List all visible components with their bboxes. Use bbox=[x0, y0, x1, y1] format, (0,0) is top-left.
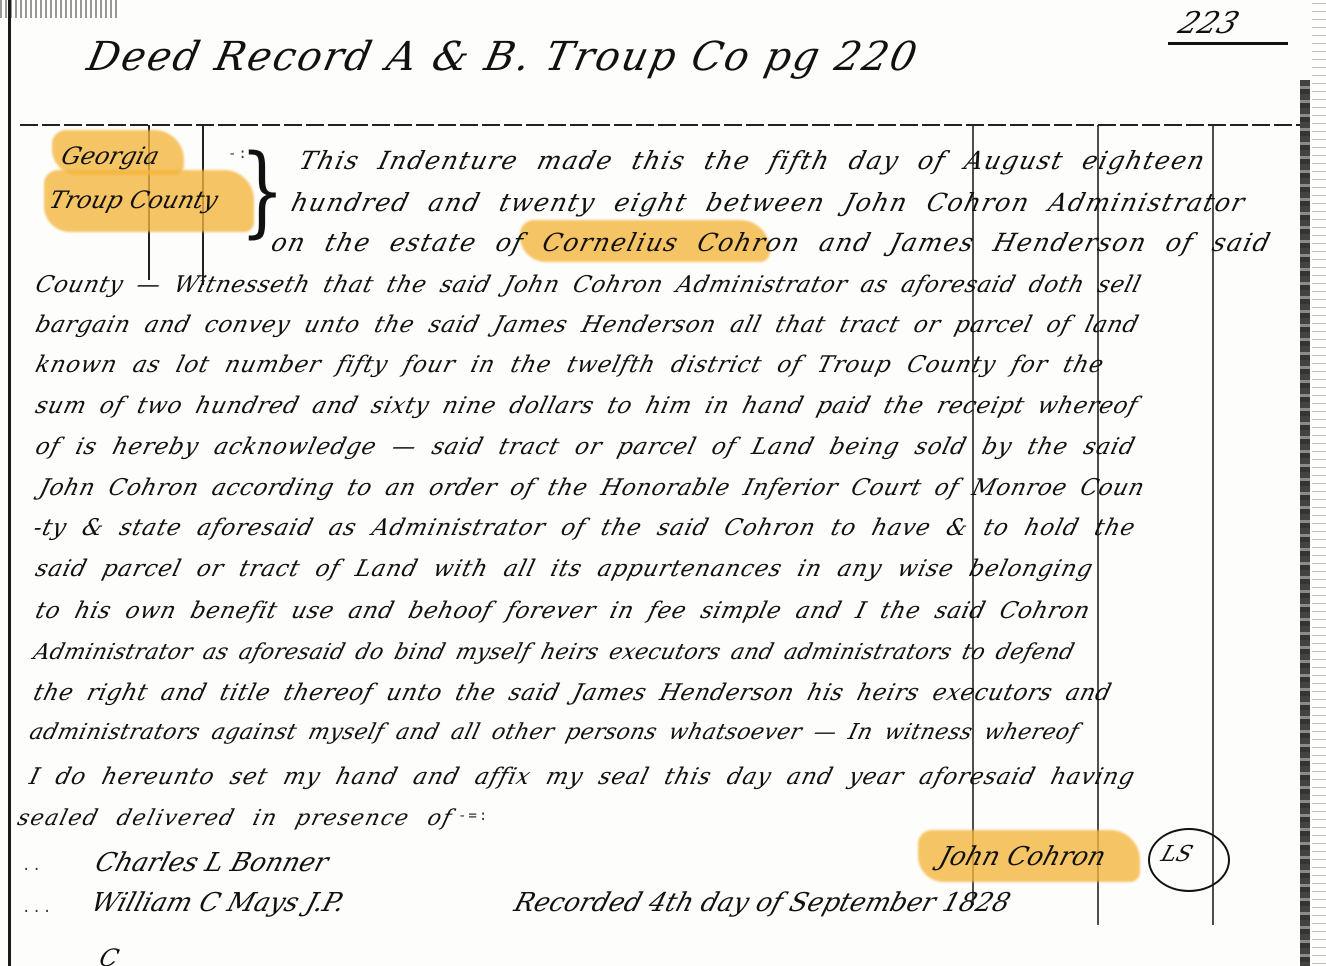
body-line: I do hereunto set my hand and affix my s… bbox=[27, 764, 1138, 790]
page-number-underline bbox=[1168, 42, 1288, 45]
body-line: said parcel or tract of Land with all it… bbox=[33, 556, 1096, 582]
body-line: This Indenture made this the fifth day o… bbox=[296, 146, 1209, 175]
partial-next-line: C bbox=[97, 944, 122, 966]
scan-noise bbox=[0, 0, 120, 18]
ledger-marks: -: bbox=[228, 146, 249, 162]
body-line: the right and title thereof unto the sai… bbox=[31, 680, 1115, 706]
margin-state: Georgia bbox=[58, 142, 162, 170]
body-line: sealed delivered in presence of bbox=[15, 806, 456, 831]
body-line: hundred and twenty eight between John Co… bbox=[288, 188, 1249, 217]
witness-name: William C Mays J.P. bbox=[88, 888, 348, 918]
body-line: on the estate of Cornelius Cohron and Ja… bbox=[268, 228, 1274, 257]
margin-county: Troup County bbox=[46, 186, 221, 214]
page-edge bbox=[1312, 0, 1326, 966]
ledger-marks: .. bbox=[22, 858, 43, 874]
body-line: sum of two hundred and sixty nine dollar… bbox=[33, 393, 1141, 419]
body-line: County — Witnesseth that the said John C… bbox=[33, 272, 1144, 298]
body-line: of is hereby acknowledge — said tract or… bbox=[33, 434, 1138, 460]
body-line: bargain and convey unto the said James H… bbox=[33, 312, 1142, 338]
page-number: 223 bbox=[1174, 6, 1244, 41]
body-line: known as lot number fifty four in the tw… bbox=[33, 352, 1107, 378]
witness-name: Charles L Bonner bbox=[92, 848, 332, 878]
left-page-border bbox=[8, 0, 11, 966]
grantor-signature: John Cohron bbox=[936, 842, 1110, 872]
deed-page: Deed Record A & B. Troup Co pg 220 223 G… bbox=[0, 0, 1326, 966]
body-line: -ty & state aforesaid as Administrator o… bbox=[31, 515, 1138, 541]
body-line: John Cohron according to an order of the… bbox=[37, 475, 1148, 501]
ledger-marks: ... bbox=[22, 900, 53, 916]
ledger-top-rule bbox=[20, 124, 1300, 126]
record-header: Deed Record A & B. Troup Co pg 220 bbox=[83, 34, 923, 80]
body-line: Administrator as aforesaid do bind mysel… bbox=[31, 640, 1077, 665]
right-page-border bbox=[1300, 80, 1310, 966]
ledger-marks: -=: bbox=[458, 808, 489, 824]
body-line: to his own benefit use and behoof foreve… bbox=[33, 598, 1093, 624]
recorded-date: Recorded 4th day of September 1828 bbox=[511, 888, 1014, 918]
body-line: administrators against myself and all ot… bbox=[27, 720, 1081, 745]
